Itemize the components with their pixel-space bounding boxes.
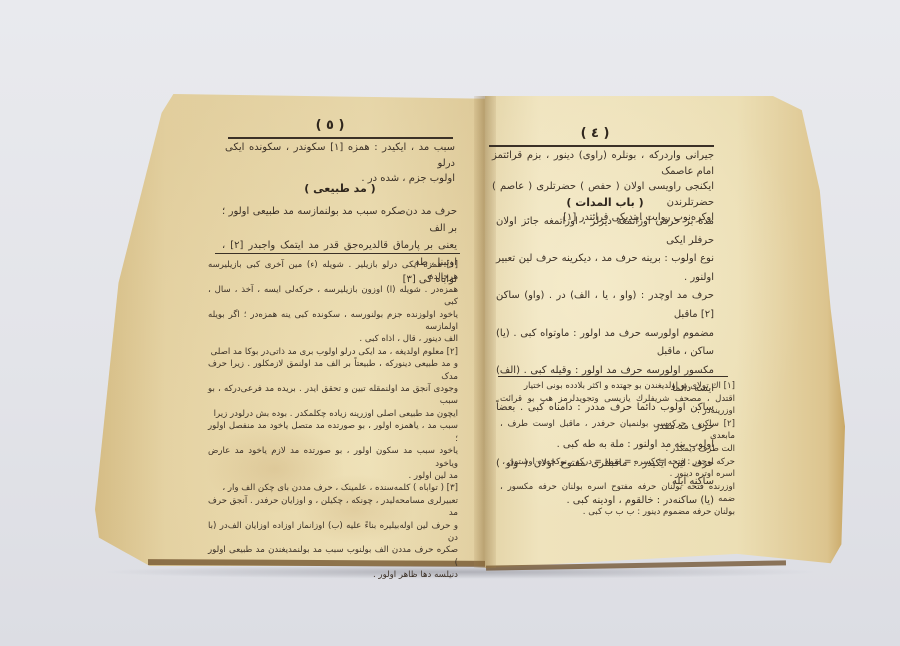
footnote-line: اوزرنده فتحه بولنان حرفه مفتوح اسره بولن…: [500, 481, 735, 506]
footnote-line: حرکه اوچدر : فتحه = کسره = ضمه = درکه ، …: [500, 456, 735, 469]
text-line: حرف مد دن‌صکره سبب مد بولنمازسه مد طبیعی…: [222, 203, 457, 237]
footnote-line: همزه‌در . شویله (ا) اوزون بازیلیرسه ، حر…: [208, 284, 458, 309]
text-line: سبب مد ، ایکیدر : همزه [١] سکوندر ، سکون…: [225, 140, 455, 171]
text-line: مده بر حرفی اوزاتمغه دیرلر ، اوزاتمغه جا…: [496, 213, 714, 250]
section-heading-left: ( مد طبیعی ): [290, 182, 390, 195]
footnote-line: وجودی آنجق مد اولنمقله تبین و تحقق ایدر …: [208, 383, 458, 408]
footnote-line: و حرف لین اوله‌بیلیره بناءً علیه (ب) اوز…: [208, 520, 458, 545]
footnote-line: یاخود اولوزنده جزم بولنورسه ، سکونده کبی…: [208, 309, 458, 334]
text-line: جیرانی واردرکه ، بونلره (راوی) دینور ، ب…: [492, 148, 714, 179]
section-heading-right: ( باب المدات ): [555, 196, 655, 209]
text-line: نوع اولوب : برینه حرف مد ، دیکرینه حرف ل…: [496, 250, 714, 287]
text-line: مضموم اولورسه حرف مد اولور : ماوتواه کبی…: [496, 325, 714, 362]
left-body-text: سبب مد ، ایکیدر : همزه [١] سکوندر ، سکون…: [225, 140, 455, 187]
header-rule-left: [228, 137, 453, 139]
text-line: حرف مد اوچدر : (واو ، یا ، الف) در . (وا…: [496, 287, 714, 324]
footnote-line: مد لین اولور .: [208, 470, 458, 482]
page-number-right: ( ٤ ): [565, 126, 625, 141]
page-number-left: ( ٥ ): [300, 118, 360, 133]
footnote-line: الت طرف دیمکدر .: [500, 443, 735, 456]
footnote-line: تعبیرلری مسامحه‌لیدر ، چونکه ، چکیلن ، و…: [208, 495, 458, 520]
footnote-line: و مد طبیعی دینورکه ، طبیعتاً بر الف مد ا…: [208, 358, 458, 383]
footnote-line: بولنان حرفه مضموم دینور : ب ب ب کبی .: [500, 506, 735, 519]
footnote-line: یاخود سبب مد سکون اولور ، بو صورتده مد ل…: [208, 445, 458, 470]
footnote-rule-left: [215, 253, 460, 254]
footnote-line: [٢] ساکن ، حرکه‌سی بولنمیان حرفدر ، ماقب…: [500, 418, 735, 443]
footnote-line: [٣] ( تواباه ) کلمه‌سنده ، علمینک ، حرف …: [208, 482, 458, 494]
footnote-rule-right: [498, 376, 728, 377]
left-footnotes: [١] همزه ایکی درلو بازیلیر . شویله (ء) م…: [208, 259, 458, 582]
footnote-line: سبب مد ، یاهمزه اولور ، بو صورتده مد متص…: [208, 420, 458, 445]
footnote-line: [١] همزه ایکی درلو بازیلیر . شویله (ء) م…: [208, 259, 458, 284]
right-footnotes: [١] اك تولای بو اولدیغندن بو جهتده و اکث…: [500, 380, 735, 519]
footnote-line: دنیلسه دها ظاهر اولور .: [208, 569, 458, 581]
footnote-line: اقتدل ، مصحف شریفلرك یازیسی وتجویدلرمز ه…: [500, 393, 735, 418]
footnote-line: [١] اك تولای بو اولدیغندن بو جهتده و اکث…: [500, 380, 735, 393]
footnote-line: الف دینور ، قال ، اذاه کبی .: [208, 333, 458, 345]
footnote-line: اسره اوتره دینور .: [500, 468, 735, 481]
footnote-line: [٢] معلوم اولدیغه ، مد ایکی درلو اولوب ب…: [208, 346, 458, 358]
footnote-line: ایچون مد طبیعی اصلی اوزرینه زیاده چکلمکد…: [208, 408, 458, 420]
header-rule-right: [489, 145, 714, 147]
footnote-line: صکره حرف مددن الف بولنوب سبب مد بولنمدیغ…: [208, 544, 458, 569]
